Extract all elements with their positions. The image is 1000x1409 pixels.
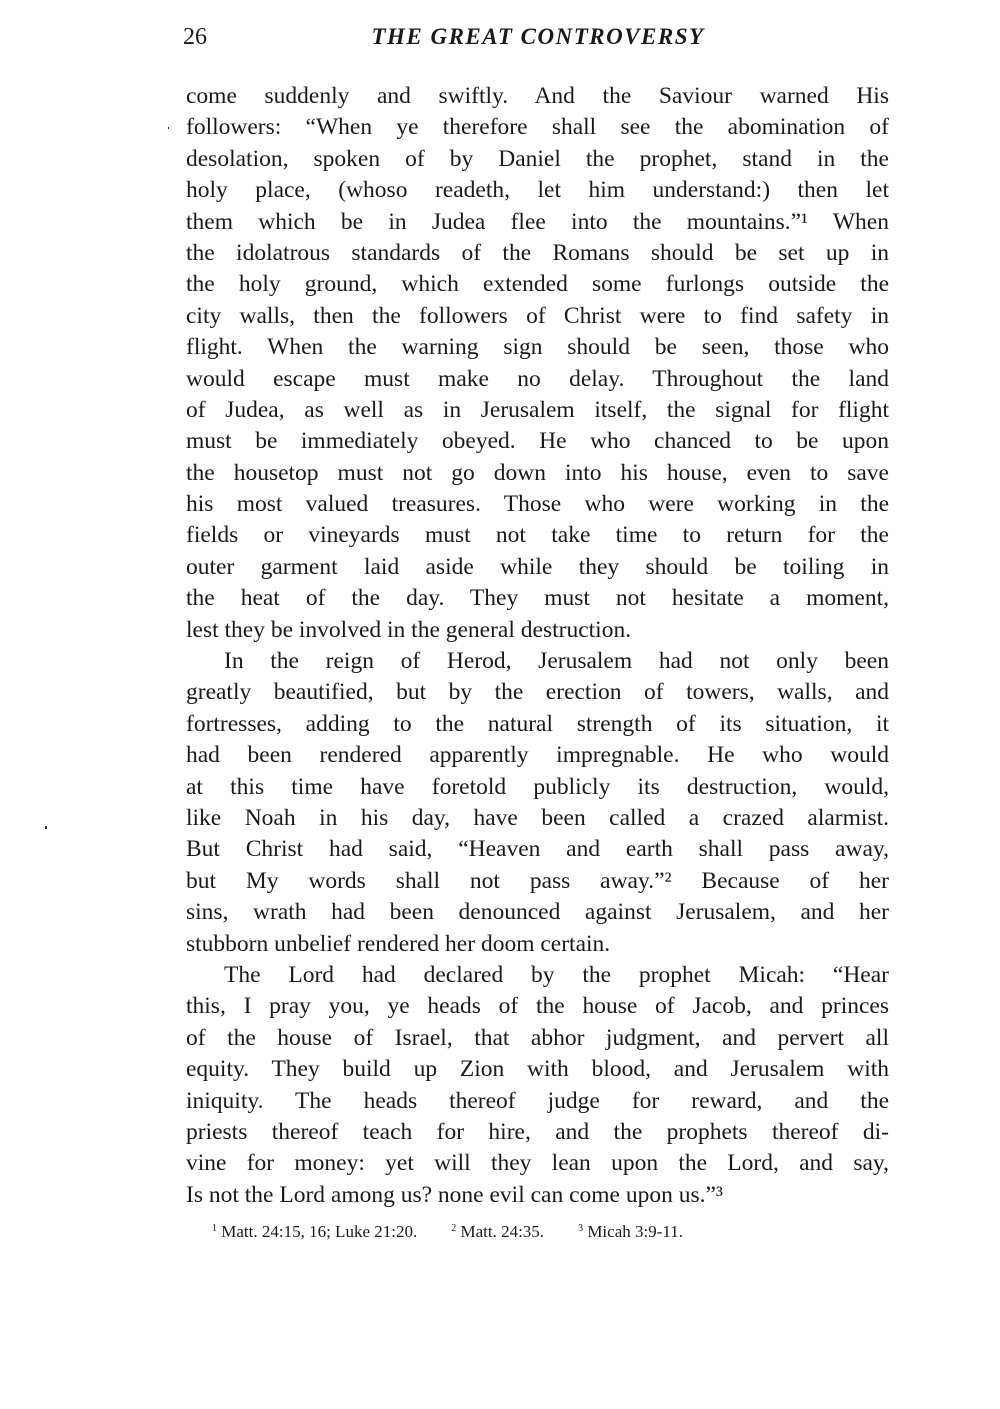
footnote: 2 Matt. 24:35. [451, 1222, 544, 1241]
footnote: 3 Micah 3:9-11. [578, 1222, 683, 1241]
text-line: greatly beautified, but by the erection … [186, 677, 889, 708]
text-line: vine for money: yet will they lean upon … [186, 1148, 889, 1179]
text-line: Is not the Lord among us? none evil can … [186, 1180, 889, 1211]
text-line: desolation, spoken of by Daniel the prop… [186, 144, 889, 175]
text-line: In the reign of Herod, Jerusalem had not… [186, 646, 889, 677]
text-line: flight. When the warning sign should be … [186, 332, 889, 363]
footnotes: 1 Matt. 24:15, 16; Luke 21:20.2 Matt. 24… [212, 1222, 717, 1242]
text-line: outer garment laid aside while they shou… [186, 552, 889, 583]
text-line: come suddenly and swiftly. And the Savio… [186, 81, 889, 112]
text-line: them which be in Judea flee into the mou… [186, 207, 889, 238]
text-line: of the house of Israel, that abhor judgm… [186, 1023, 889, 1054]
text-line: the heat of the day. They must not hesit… [186, 583, 889, 614]
text-line: of Judea, as well as in Jerusalem itself… [186, 395, 889, 426]
text-line: followers: “When ye therefore shall see … [186, 112, 889, 143]
text-line: sins, wrath had been denounced against J… [186, 897, 889, 928]
text-line: priests thereof teach for hire, and the … [186, 1117, 889, 1148]
text-line: but My words shall not pass away.”² Beca… [186, 866, 889, 897]
scan-speck [168, 127, 169, 129]
footnote-text: Matt. 24:35. [456, 1222, 544, 1241]
text-line: would escape must make no delay. Through… [186, 364, 889, 395]
text-line: like Noah in his day, have been called a… [186, 803, 889, 834]
text-line: But Christ had said, “Heaven and earth s… [186, 834, 889, 865]
text-line: city walls, then the followers of Christ… [186, 301, 889, 332]
text-line: fields or vineyards must not take time t… [186, 520, 889, 551]
text-line: had been rendered apparently impregnable… [186, 740, 889, 771]
text-line: must be immediately obeyed. He who chanc… [186, 426, 889, 457]
text-line: the holy ground, which extended some fur… [186, 269, 889, 300]
text-line: iniquity. The heads thereof judge for re… [186, 1086, 889, 1117]
text-line: his most valued treasures. Those who wer… [186, 489, 889, 520]
text-line: fortresses, adding to the natural streng… [186, 709, 889, 740]
body-text: come suddenly and swiftly. And the Savio… [186, 81, 889, 1211]
running-title: THE GREAT CONTROVERSY [183, 24, 893, 50]
text-line: this, I pray you, ye heads of the house … [186, 991, 889, 1022]
page-header: 26 THE GREAT CONTROVERSY [183, 24, 893, 58]
text-line: the idolatrous standards of the Romans s… [186, 238, 889, 269]
scan-speck [45, 826, 47, 829]
footnote-text: Micah 3:9-11. [583, 1222, 683, 1241]
text-line: stubborn unbelief rendered her doom cert… [186, 929, 889, 960]
text-line: lest they be involved in the general des… [186, 615, 889, 646]
footnote: 1 Matt. 24:15, 16; Luke 21:20. [212, 1222, 417, 1241]
text-line: holy place, (whoso readeth, let him unde… [186, 175, 889, 206]
text-line: The Lord had declared by the prophet Mic… [186, 960, 889, 991]
text-line: the housetop must not go down into his h… [186, 458, 889, 489]
footnote-text: Matt. 24:15, 16; Luke 21:20. [217, 1222, 417, 1241]
text-line: equity. They build up Zion with blood, a… [186, 1054, 889, 1085]
text-line: at this time have foretold publicly its … [186, 772, 889, 803]
